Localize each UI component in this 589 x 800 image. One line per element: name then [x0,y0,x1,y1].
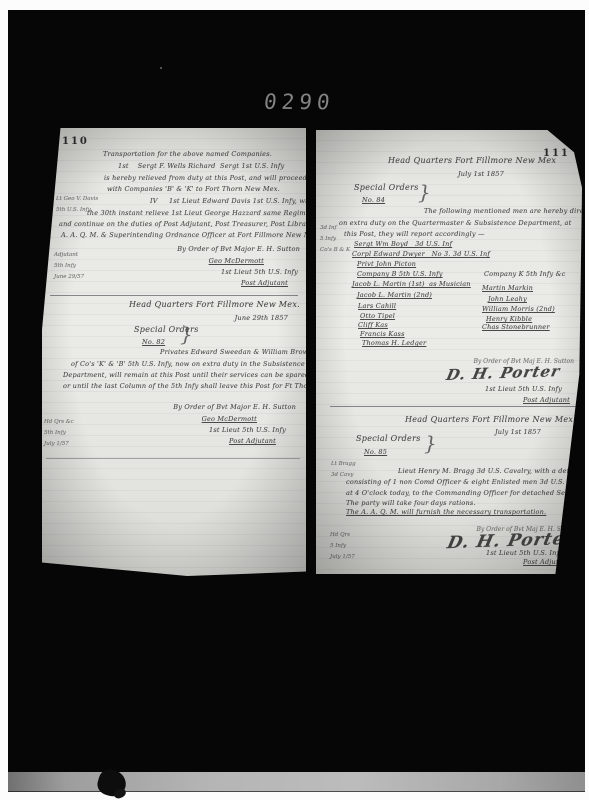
ink-blot-small [113,788,127,799]
microfilm-scan: 0290 110 Transportation for the above na… [0,0,589,800]
ledger-page-right: 111 Head Quarters Fort Fillmore New Mex … [316,130,582,574]
film-edge-strip [8,772,585,792]
page-shadow-vignette [316,130,582,574]
frame-counter: 0290 [263,90,336,115]
ledger-page-left: 110 Transportation for the above named C… [42,128,306,576]
page-shadow-vignette [42,128,306,576]
dust-speck [160,67,162,69]
